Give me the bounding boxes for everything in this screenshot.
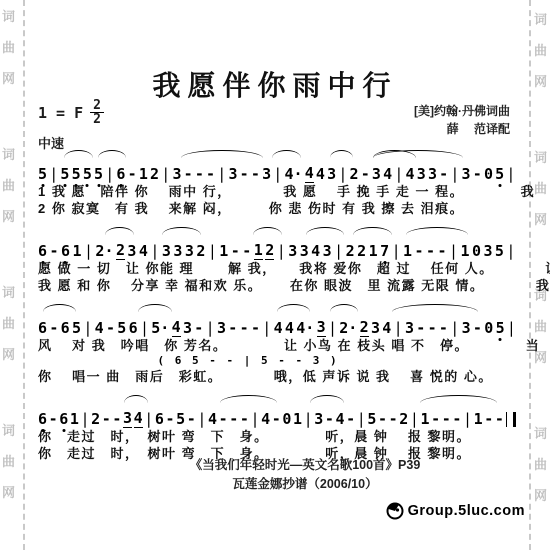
note: 1 bbox=[460, 243, 469, 260]
group-logo-icon bbox=[386, 502, 404, 520]
note: 2 bbox=[196, 243, 205, 260]
barline: | bbox=[273, 166, 282, 183]
watermark-text: 网 bbox=[2, 344, 15, 363]
slur-arc bbox=[98, 150, 127, 158]
footer: 《当我们年轻时光—英文名歌100首》P39 瓦莲金娜抄谱（2006/10） bbox=[125, 456, 485, 494]
watermark-text: 网 bbox=[2, 206, 15, 225]
barline: | bbox=[463, 411, 472, 428]
site-badge-label: Group.5luc.com bbox=[408, 503, 525, 519]
time-signature-denominator: 2 bbox=[93, 113, 101, 125]
watermark-text: 词 bbox=[2, 420, 15, 439]
watermark-text: 曲 bbox=[2, 451, 15, 470]
dash-extension: - bbox=[49, 243, 58, 260]
slur-arc bbox=[220, 395, 277, 403]
final-barline bbox=[506, 412, 516, 427]
slur-arc bbox=[181, 150, 262, 158]
rest: 0 bbox=[472, 243, 481, 260]
note: 5· bbox=[151, 320, 169, 337]
barline: | bbox=[410, 411, 419, 428]
dash-extension: - bbox=[378, 411, 387, 428]
lyric-line: 1 我 愿 陪伴 你 雨中 行， 我 愿 手 挽 手 走 一 程。 我 bbox=[38, 183, 516, 200]
dash-extension: - bbox=[187, 411, 196, 428]
slur-arc bbox=[105, 227, 134, 235]
note: 3 bbox=[185, 243, 194, 260]
watermark-text: 网 bbox=[2, 482, 15, 501]
dash-extension: - bbox=[439, 166, 448, 183]
dash-extension: - bbox=[251, 166, 260, 183]
dash-extension: - bbox=[272, 411, 281, 428]
slur-arc bbox=[330, 304, 359, 312]
barline: | bbox=[208, 243, 217, 260]
dash-extension: - bbox=[325, 411, 334, 428]
note: 7 bbox=[380, 243, 389, 260]
dash-extension: - bbox=[219, 411, 228, 428]
note: 3 bbox=[405, 320, 414, 337]
watermark-text: 词 bbox=[2, 6, 15, 25]
barline: | bbox=[81, 411, 90, 428]
dash-extension: - bbox=[484, 411, 493, 428]
translator-credit: 薛 范译配 bbox=[414, 120, 510, 138]
barline: | bbox=[262, 320, 271, 337]
slur-arc bbox=[330, 150, 354, 158]
barline: | bbox=[394, 166, 403, 183]
slur-arc bbox=[272, 150, 301, 158]
note: 6 bbox=[59, 411, 68, 428]
rest: 0 bbox=[484, 166, 493, 183]
note: 4 bbox=[172, 319, 181, 337]
note: 6 bbox=[155, 411, 164, 428]
key-label: 1 = F bbox=[38, 104, 83, 122]
dash-extension: - bbox=[415, 243, 424, 260]
note: 2· bbox=[339, 320, 357, 337]
dash-extension: - bbox=[473, 166, 482, 183]
note: 1 bbox=[421, 411, 430, 428]
rest: 0 bbox=[484, 320, 493, 337]
low-octave-dot bbox=[41, 184, 44, 187]
note: 2 bbox=[150, 166, 159, 183]
dash-extension: - bbox=[231, 243, 240, 260]
barline: | bbox=[217, 166, 226, 183]
note: 2 bbox=[399, 411, 408, 428]
dash-extension: - bbox=[184, 166, 193, 183]
dash-extension: - bbox=[389, 411, 398, 428]
note: 3 bbox=[162, 243, 171, 260]
low-octave-dot bbox=[498, 184, 501, 187]
low-octave-dot bbox=[62, 429, 65, 432]
watermark-text: 词 bbox=[534, 423, 547, 442]
note: 4 bbox=[311, 243, 320, 260]
note: 1 bbox=[254, 242, 263, 260]
note: 3 bbox=[288, 243, 297, 260]
note: 6 bbox=[116, 166, 125, 183]
slur-arc bbox=[306, 227, 344, 235]
slur-arc bbox=[310, 395, 343, 403]
barline: | bbox=[450, 166, 459, 183]
watermark-text: 曲 bbox=[534, 316, 547, 335]
note: 3 bbox=[428, 166, 437, 183]
watermark-text: 网 bbox=[534, 209, 547, 228]
dash-extension: - bbox=[439, 320, 448, 337]
dash-extension: - bbox=[240, 166, 249, 183]
transcriber-note: 瓦莲金娜抄谱（2006/10） bbox=[125, 475, 485, 494]
barline: | bbox=[83, 320, 92, 337]
dash-extension: - bbox=[431, 411, 440, 428]
lyric-line: 我 愿 和 你 分享 幸 福和欢 乐。 在你 眼波 里 流露 无限 情。 我为 bbox=[38, 277, 516, 294]
note: 6 bbox=[129, 320, 138, 337]
note: 3 bbox=[127, 243, 136, 260]
time-signature: 2 2 bbox=[90, 100, 104, 125]
note: 3 bbox=[317, 319, 326, 337]
notation-line: 6-65|4-56|5·43-|3---|444·3|2·234|3---|3-… bbox=[38, 303, 516, 337]
note: 3 bbox=[462, 320, 471, 337]
dash-extension: - bbox=[426, 243, 435, 260]
low-octave-dot bbox=[119, 184, 122, 187]
barline: | bbox=[392, 243, 401, 260]
barline: | bbox=[84, 243, 93, 260]
note: 3 bbox=[483, 243, 492, 260]
note: 3 bbox=[123, 410, 132, 428]
lyric-line: 你 唱一 曲 雨后 彩虹。 哦，低 声诉 说 我 喜 悦的 心。 当 bbox=[38, 368, 516, 385]
dash-extension: - bbox=[242, 243, 251, 260]
note: 5 bbox=[495, 166, 504, 183]
barline: | bbox=[450, 320, 459, 337]
notation-line: 6-61|2·234|3332|1--12|3343|2217|1---|103… bbox=[38, 226, 516, 260]
slur-arc bbox=[138, 304, 171, 312]
note: 4 bbox=[134, 410, 143, 428]
note: 1 bbox=[70, 411, 79, 428]
barline: | bbox=[105, 166, 114, 183]
key-signature: 1 = F 2 2 bbox=[38, 100, 104, 125]
watermark-text: 曲 bbox=[534, 40, 547, 59]
note: 5 bbox=[72, 320, 81, 337]
barline: | bbox=[328, 320, 337, 337]
note: 2 bbox=[350, 166, 359, 183]
note: 4 bbox=[208, 411, 217, 428]
note: 5 bbox=[72, 166, 81, 183]
note: 3 bbox=[327, 166, 336, 183]
song-title: 我愿伴你雨中行 bbox=[0, 64, 550, 104]
dash-extension: - bbox=[495, 411, 504, 428]
note: 1 bbox=[369, 243, 378, 260]
note: 2 bbox=[265, 242, 274, 260]
lyric-line: 风 对 我 吟唱 你 芳名。 让 小鸟 在 枝头 唱 不 停。 当 bbox=[38, 337, 516, 354]
barline: | bbox=[506, 243, 515, 260]
slur-arc bbox=[64, 150, 93, 158]
dash-extension: - bbox=[112, 411, 121, 428]
note: 3 bbox=[262, 166, 271, 183]
note: 3 bbox=[314, 411, 323, 428]
note: 5 bbox=[496, 320, 505, 337]
note: 4 bbox=[139, 243, 148, 260]
composer-credit: [美]约翰·丹佛词曲 bbox=[414, 102, 510, 120]
note: 6 bbox=[61, 243, 70, 260]
watermark-text: 曲 bbox=[534, 454, 547, 473]
dash-extension: - bbox=[102, 411, 111, 428]
watermark-text: 曲 bbox=[534, 178, 547, 197]
low-octave-dot bbox=[63, 184, 66, 187]
barline: | bbox=[506, 166, 515, 183]
dash-extension: - bbox=[240, 411, 249, 428]
note: 2 bbox=[357, 243, 366, 260]
note: 4 bbox=[382, 320, 391, 337]
note: 1 bbox=[139, 166, 148, 183]
barline: | bbox=[161, 166, 170, 183]
note: 1 bbox=[403, 243, 412, 260]
note: 4 bbox=[274, 320, 283, 337]
dash-extension: - bbox=[194, 320, 203, 337]
note: 4 bbox=[95, 320, 104, 337]
dash-extension: - bbox=[229, 411, 238, 428]
watermark-text: 曲 bbox=[2, 313, 15, 332]
note: 4 bbox=[305, 165, 314, 183]
slur-arc bbox=[353, 227, 391, 235]
barline: | bbox=[206, 320, 215, 337]
note: 5 bbox=[117, 320, 126, 337]
notation-line: 5|5555|6-12|3---|3--3|4·443|2-34|433-|3-… bbox=[38, 149, 516, 183]
note: 4 bbox=[285, 320, 294, 337]
note: 3 bbox=[228, 166, 237, 183]
sheet-music-page: 词曲网词曲网词曲网词曲网 词曲网词曲网词曲网词曲网 我愿伴你雨中行 [美]约翰·… bbox=[0, 0, 550, 550]
note: 5 bbox=[176, 411, 185, 428]
note: 6 bbox=[61, 320, 70, 337]
dash-extension: - bbox=[442, 411, 451, 428]
barline: | bbox=[449, 243, 458, 260]
lyric-line: 2 你 寂寞 有 我 来解 闷， 你 悲 伤时 有 我 擦 去 泪痕。 bbox=[38, 200, 516, 217]
dash-extension: - bbox=[206, 166, 215, 183]
slur-arc bbox=[392, 304, 478, 312]
dash-extension: - bbox=[228, 320, 237, 337]
barline: | bbox=[334, 243, 343, 260]
rest: 0 bbox=[282, 411, 291, 428]
slur-arc bbox=[406, 227, 468, 235]
music-system: 5|5555|6-12|3---|3--3|4·443|2-34|433-|3-… bbox=[38, 149, 516, 217]
low-octave-dot bbox=[64, 261, 67, 264]
note: 3 bbox=[300, 243, 309, 260]
site-badge: Group.5luc.com bbox=[386, 502, 525, 520]
dash-extension: - bbox=[361, 166, 370, 183]
low-octave-dot bbox=[75, 184, 78, 187]
slur-arc bbox=[373, 150, 464, 158]
note: 3 bbox=[417, 166, 426, 183]
low-octave-dot bbox=[499, 338, 502, 341]
watermark-text: 曲 bbox=[2, 37, 15, 56]
credits: [美]约翰·丹佛词曲 薛 范译配 bbox=[414, 102, 510, 138]
note: 3 bbox=[172, 166, 181, 183]
dash-extension: - bbox=[251, 320, 260, 337]
barline: | bbox=[49, 166, 58, 183]
barline: | bbox=[144, 411, 153, 428]
watermark-text: 网 bbox=[534, 485, 547, 504]
slur-arc bbox=[124, 395, 148, 403]
watermark-text: 曲 bbox=[2, 175, 15, 194]
dash-extension: - bbox=[166, 411, 175, 428]
note: 4 bbox=[383, 166, 392, 183]
barline: | bbox=[150, 243, 159, 260]
music-system: 6-65|4-56|5·43-|3---|444·3|2·234|3---|3-… bbox=[38, 303, 516, 385]
slur-arc bbox=[277, 304, 310, 312]
note: 3 bbox=[323, 243, 332, 260]
note: 5 bbox=[367, 411, 376, 428]
note: 5 bbox=[94, 166, 103, 183]
note: 1 bbox=[219, 243, 228, 260]
dash-extension: - bbox=[416, 320, 425, 337]
source-book: 《当我们年轻时光—英文名歌100首》P39 bbox=[125, 456, 485, 475]
dash-extension: - bbox=[473, 320, 482, 337]
low-octave-dot bbox=[383, 261, 386, 264]
note: 6 bbox=[38, 243, 47, 260]
dash-extension: - bbox=[452, 411, 461, 428]
note: 4 bbox=[406, 166, 415, 183]
note: 3 bbox=[371, 320, 380, 337]
slur-arc bbox=[162, 227, 200, 235]
notation-area: 5|5555|6-12|3---|3--3|4·443|2-34|433-|3-… bbox=[38, 149, 516, 471]
note: 5 bbox=[495, 243, 504, 260]
barline: | bbox=[251, 411, 260, 428]
note: 5 bbox=[83, 166, 92, 183]
note: 2 bbox=[91, 411, 100, 428]
barline: | bbox=[140, 320, 149, 337]
note: 6 bbox=[38, 320, 47, 337]
note: 3 bbox=[217, 320, 226, 337]
note: 4 bbox=[316, 166, 325, 183]
barline: | bbox=[197, 411, 206, 428]
dash-extension: - bbox=[128, 166, 137, 183]
watermark-text: 词 bbox=[2, 282, 15, 301]
dash-extension: - bbox=[240, 320, 249, 337]
watermark-text: 词 bbox=[2, 144, 15, 163]
note: 2 bbox=[360, 319, 369, 337]
slur-arc bbox=[253, 227, 282, 235]
note: 3 bbox=[173, 243, 182, 260]
dash-extension: - bbox=[195, 166, 204, 183]
note: 4· bbox=[296, 320, 314, 337]
low-octave-dot bbox=[41, 261, 44, 264]
dash-extension: - bbox=[106, 320, 115, 337]
note: 5 bbox=[38, 166, 47, 183]
note: 5 bbox=[60, 166, 69, 183]
dash-extension: - bbox=[428, 320, 437, 337]
lyric-line: 你 走过 时， 树叶 弯 下 身。 听，晨 钟 报 黎明。 bbox=[38, 428, 516, 445]
barline: | bbox=[357, 411, 366, 428]
note: 6 bbox=[38, 411, 47, 428]
note: 1 bbox=[474, 411, 483, 428]
watermark-text: 词 bbox=[534, 147, 547, 166]
dash-extension: - bbox=[49, 320, 58, 337]
note: 3 bbox=[462, 166, 471, 183]
music-system: 6-61|2·234|3332|1--12|3343|2217|1---|103… bbox=[38, 226, 516, 294]
instrumental-fill: ( 6 5 - - | 5 - - 3 ) bbox=[38, 354, 516, 368]
note: 2 bbox=[116, 242, 125, 260]
slur-arc bbox=[420, 395, 496, 403]
low-octave-dot bbox=[41, 429, 44, 432]
dash-extension: - bbox=[438, 243, 447, 260]
barline: | bbox=[394, 320, 403, 337]
note: 2· bbox=[95, 243, 113, 260]
barline: | bbox=[277, 243, 286, 260]
note: 3 bbox=[183, 320, 192, 337]
barline: | bbox=[304, 411, 313, 428]
note: 2 bbox=[346, 243, 355, 260]
music-system: 6-61|2--34|6-5-|4---|4-01|3-4-|5--2|1---… bbox=[38, 394, 516, 462]
watermark-text: 词 bbox=[534, 9, 547, 28]
lyric-line: 愿 做 一 切 让 你能 理 解 我， 我将 爱你 超 过 任何 人。 让清 bbox=[38, 260, 516, 277]
dash-extension: - bbox=[346, 411, 355, 428]
note: 1 bbox=[293, 411, 302, 428]
note: 4 bbox=[261, 411, 270, 428]
notation-line: 6-61|2--34|6-5-|4---|4-01|3-4-|5--2|1---… bbox=[38, 394, 516, 428]
slur-arc bbox=[43, 304, 76, 312]
low-octave-dot bbox=[86, 184, 89, 187]
barline: | bbox=[338, 166, 347, 183]
barline: | bbox=[507, 320, 516, 337]
note: 1 bbox=[72, 243, 81, 260]
note: 4· bbox=[284, 166, 302, 183]
dash-extension: - bbox=[49, 411, 58, 428]
note: 4 bbox=[336, 411, 345, 428]
note: 3 bbox=[372, 166, 381, 183]
low-octave-dot bbox=[97, 184, 100, 187]
